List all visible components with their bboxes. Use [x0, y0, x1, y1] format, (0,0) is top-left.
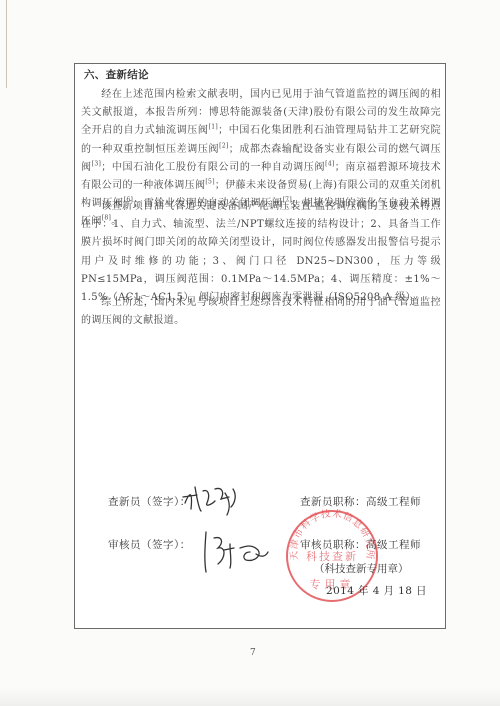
citation-ref: [2]	[219, 142, 229, 149]
reviewer-signature-label: 审核员（签字）：	[108, 537, 191, 552]
section-heading: 六、查新结论	[84, 67, 149, 82]
page-edge-line	[6, 0, 7, 88]
reviewer-title: 审核员职称：高级工程师	[300, 537, 421, 552]
reviewer-handwritten-signature	[200, 528, 272, 576]
searcher-signature-label: 查新员（签字）：	[108, 494, 191, 509]
paragraph-summary: 综上所述，国内未见与该项目上述综合技术特征相同的用于油气管道监控的调压阀的文献报…	[81, 294, 441, 330]
page-number: 7	[250, 648, 256, 658]
citation-ref: [5]	[205, 179, 215, 186]
paragraph-technical-features: 该查新项目油气管道关键设备国产化调压装置-监控调压阀的主要技术特点在于：1、自力…	[81, 198, 441, 307]
findings-text: ；中国石油化工股份有限公司的一种自动调压阀	[101, 162, 325, 173]
citation-ref: [1]	[209, 124, 219, 131]
technical-features-text: 该查新项目油气管道关键设备国产化调压装置-监控调压阀的主要技术特点在于：1、自力…	[81, 201, 441, 303]
scan-bottom-shadow	[0, 688, 500, 706]
report-date: 2014 年 4 月 18 日	[326, 583, 427, 598]
summary-text: 综上所述，国内未见与该项目上述综合技术特征相同的用于油气管道监控的调压阀的文献报…	[81, 297, 441, 326]
citation-ref: [4]	[325, 160, 335, 167]
searcher-title: 查新员职称：高级工程师	[300, 494, 421, 509]
stamp-note: （科技查新专用章）	[314, 561, 409, 576]
citation-ref: [3]	[92, 160, 102, 167]
searcher-handwritten-signature	[181, 479, 241, 517]
